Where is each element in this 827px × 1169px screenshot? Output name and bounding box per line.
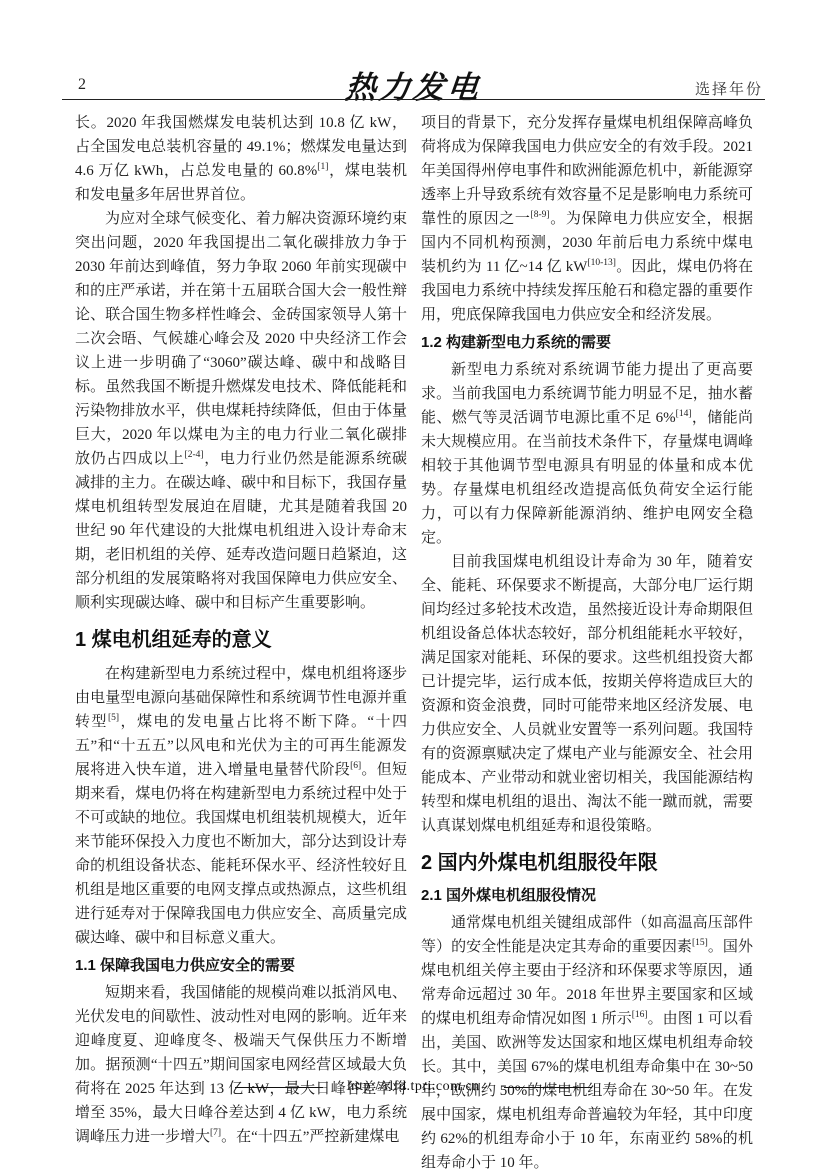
right-column: 项目的背景下，充分发挥存量煤电机组保障高峰负荷将成为保障我国电力供应安全的有效手… bbox=[421, 111, 753, 1169]
footer-rule-right bbox=[504, 1087, 592, 1088]
subsection-heading: 1.1 保障我国电力供应安全的需要 bbox=[75, 955, 407, 977]
citation-ref: [2-4] bbox=[185, 450, 204, 460]
header-rule bbox=[62, 99, 765, 100]
section-heading: 1 煤电机组延寿的意义 bbox=[75, 627, 407, 653]
paragraph: 在构建新型电力系统过程中，煤电机组将逐步由电量型电源向基础保障性和系统调节性电源… bbox=[75, 662, 407, 950]
citation-ref: [14] bbox=[676, 409, 692, 419]
paragraph: 新型电力系统对系统调节能力提出了更高要求。当前我国电力系统调节能力明显不足，抽水… bbox=[421, 358, 753, 550]
paragraph: 短期来看，我国储能的规模尚难以抵消风电、光伏发电的间歇性、波动性对电网的影响。近… bbox=[75, 981, 407, 1149]
journal-page: 2 热力发电 选择年份 长。2020 年我国燃煤发电装机达到 10.8 亿 kW… bbox=[0, 0, 827, 1169]
citation-ref: [10-13] bbox=[587, 258, 616, 268]
citation-ref: [6] bbox=[350, 761, 361, 771]
citation-ref: [5] bbox=[108, 713, 119, 723]
citation-ref: [15] bbox=[692, 938, 708, 948]
year-select[interactable]: 选择年份 bbox=[695, 78, 763, 99]
left-column: 长。2020 年我国燃煤发电装机达到 10.8 亿 kW，占全国发电总装机容量的… bbox=[75, 111, 407, 1149]
paragraph: 为应对全球气候变化、着力解决资源环境约束突出问题，2020 年我国提出二氧化碳排… bbox=[75, 207, 407, 615]
citation-ref: [7] bbox=[210, 1128, 221, 1138]
section-heading: 2 国内外煤电机组服役年限 bbox=[421, 850, 753, 876]
subsection-heading: 1.2 构建新型电力系统的需要 bbox=[421, 332, 753, 354]
citation-ref: [1] bbox=[317, 162, 328, 172]
paragraph: 长。2020 年我国燃煤发电装机达到 10.8 亿 kW，占全国发电总装机容量的… bbox=[75, 111, 407, 207]
citation-ref: [16] bbox=[632, 1010, 648, 1020]
footer-rule-left bbox=[235, 1087, 323, 1088]
page-footer: http://rlfd.tpri.com.cn bbox=[0, 1079, 827, 1095]
paragraph: 项目的背景下，充分发挥存量煤电机组保障高峰负荷将成为保障我国电力供应安全的有效手… bbox=[421, 111, 753, 327]
journal-url: http://rlfd.tpri.com.cn bbox=[347, 1079, 479, 1095]
citation-ref: [8-9] bbox=[531, 210, 550, 220]
paragraph: 通常煤电机组关键组成部件（如高温高压部件等）的安全性能是决定其寿命的重要因素[1… bbox=[421, 911, 753, 1169]
subsection-heading: 2.1 国外煤电机组服役情况 bbox=[421, 885, 753, 907]
paragraph: 目前我国煤电机组设计寿命为 30 年，随着安全、能耗、环保要求不断提高，大部分电… bbox=[421, 550, 753, 838]
